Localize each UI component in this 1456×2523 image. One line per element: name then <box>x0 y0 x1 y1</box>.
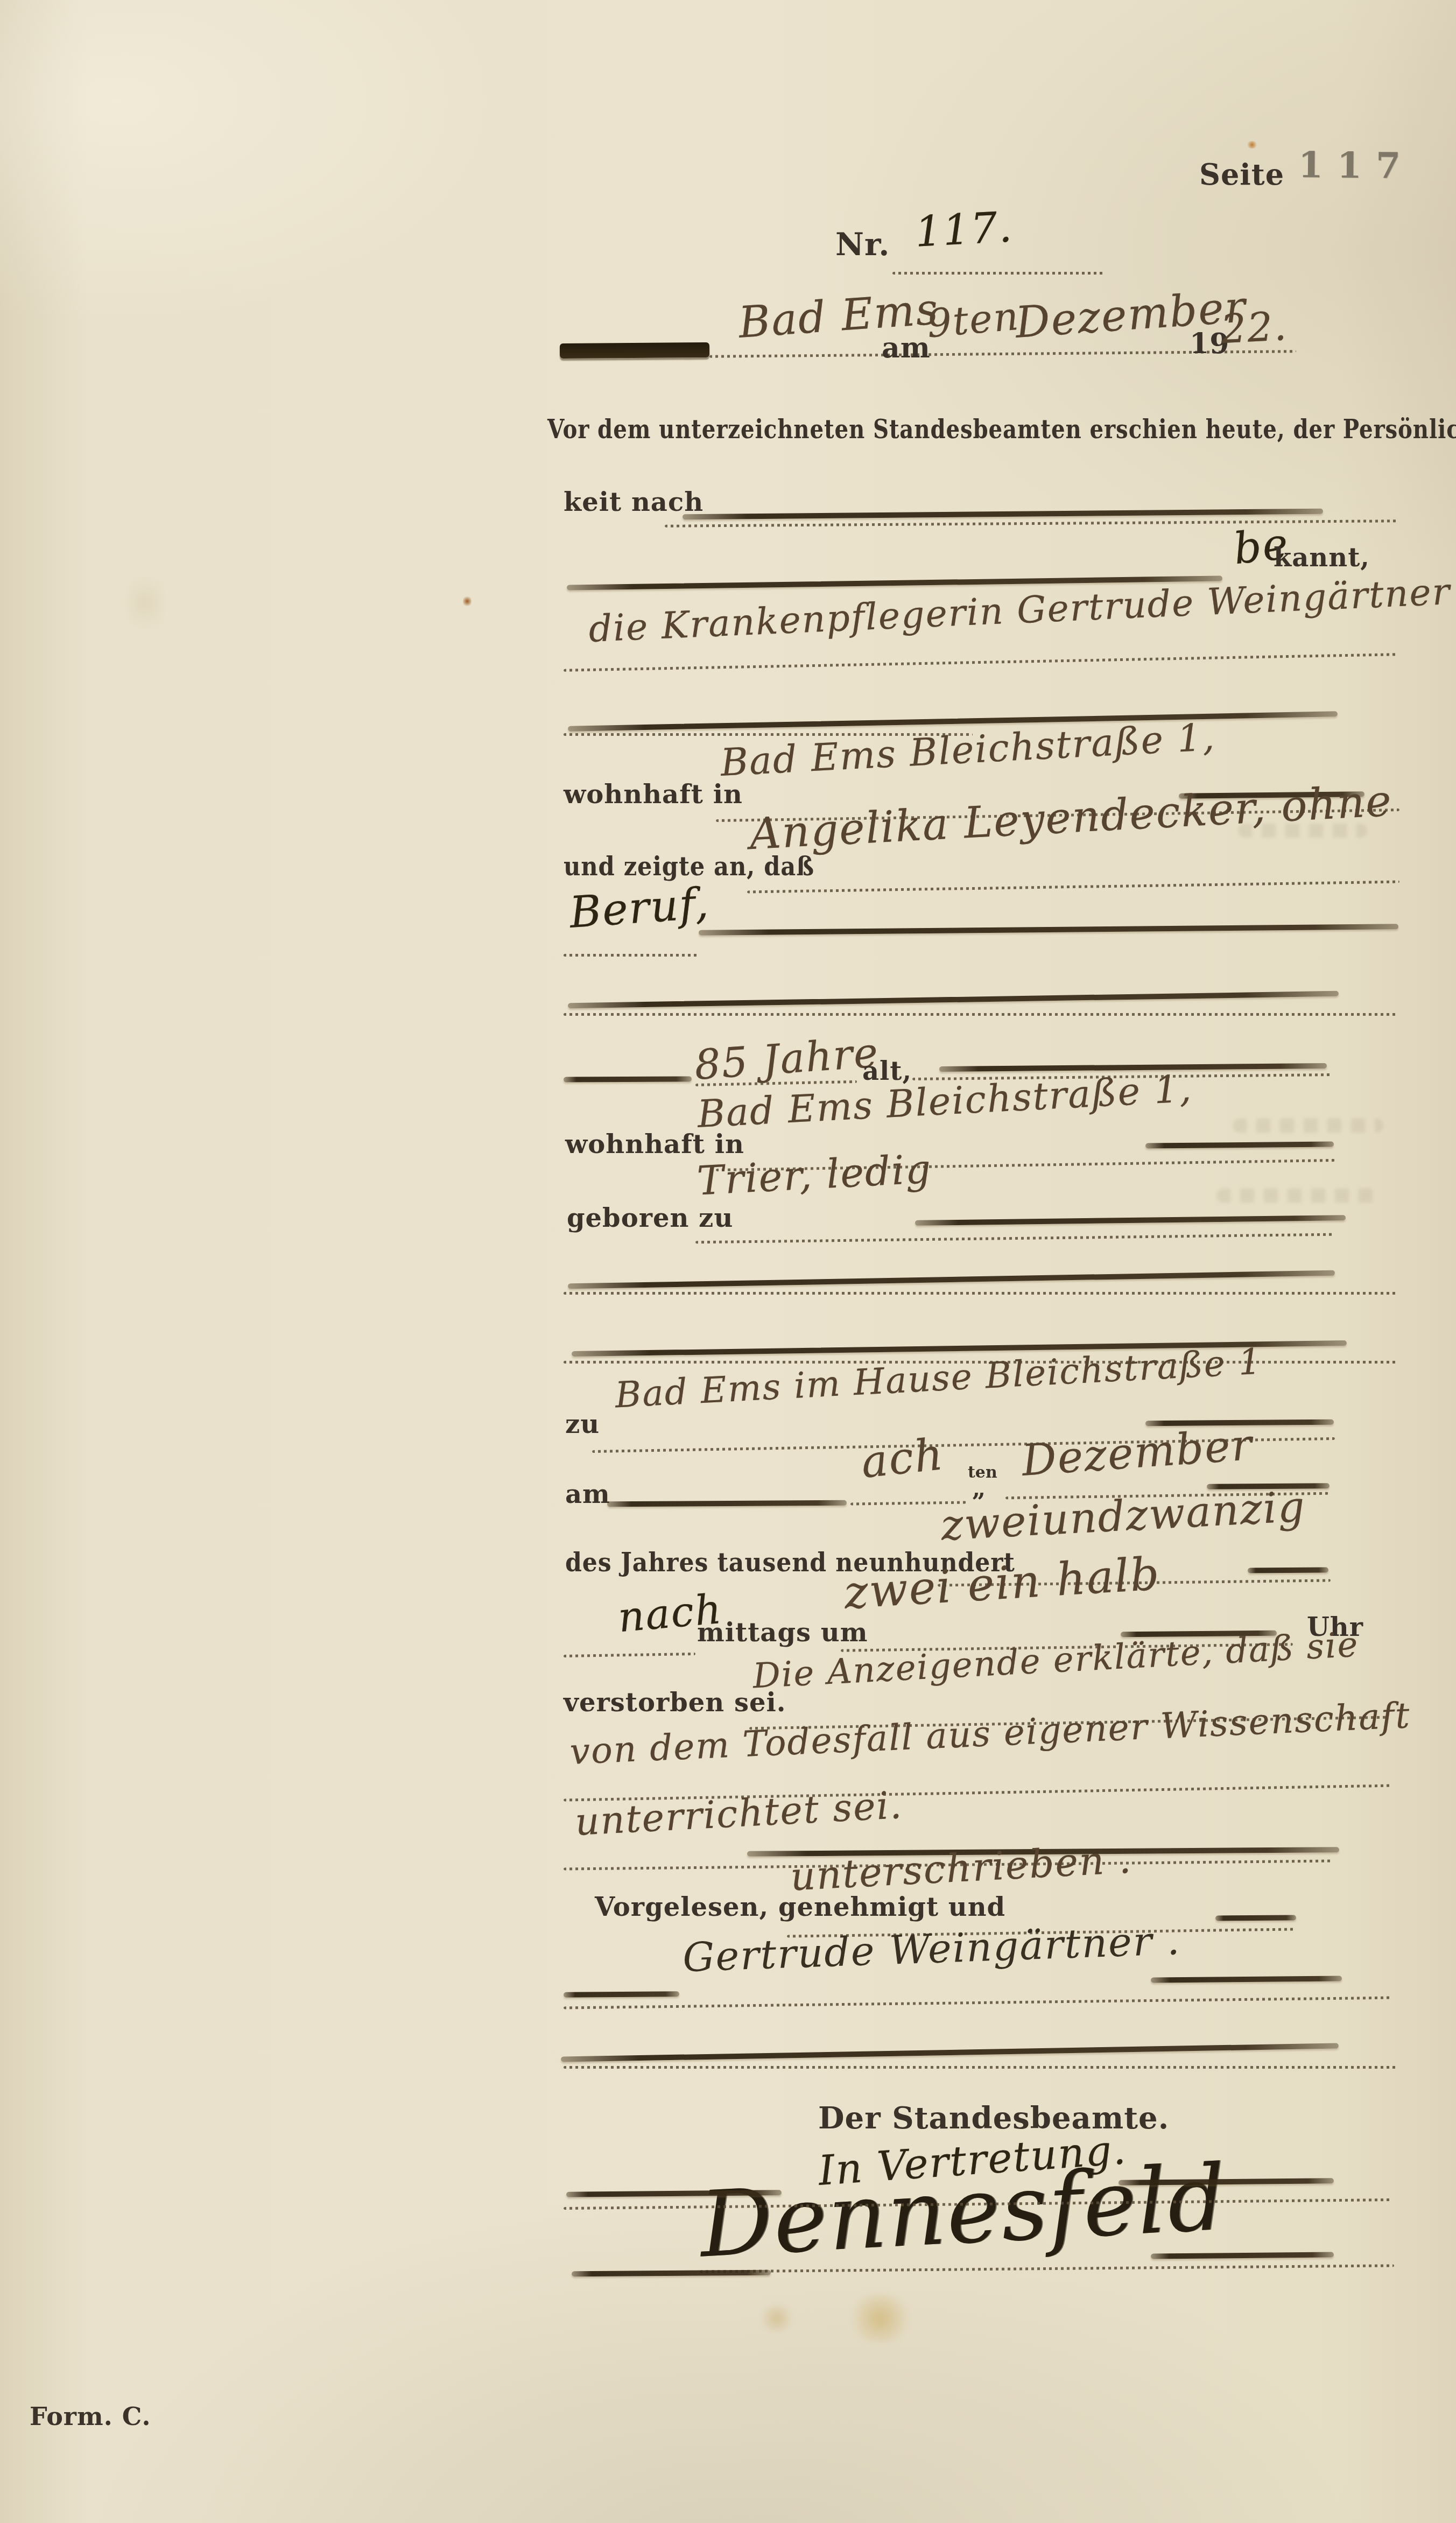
dotted-rule <box>564 1653 695 1657</box>
dotted-rule <box>747 880 1399 893</box>
ink-line <box>607 1500 847 1507</box>
birth-label: geboren zu <box>567 1203 733 1233</box>
known-printed: kannt, <box>1274 543 1370 573</box>
nr-label: Nr. <box>835 226 890 263</box>
dotted-rule <box>892 272 1105 275</box>
nr-value-handwritten: 117. <box>914 203 1014 256</box>
dotted-rule <box>695 1233 1333 1243</box>
death-day-handwritten: ach <box>859 1429 946 1488</box>
paper-stain <box>129 571 161 635</box>
notice-value-handwritten: Angelika Leyendecker, ohne <box>748 776 1393 859</box>
statement-line3-handwritten: unterrichtet sei. <box>574 1783 904 1844</box>
date-am-label: am <box>882 332 931 364</box>
dotted-rule <box>564 2066 1398 2069</box>
death-date-ditto-mark: „ <box>972 1481 986 1496</box>
registrar-signature-handwritten: Dennesfeld <box>698 2145 1229 2278</box>
bleed-through-text <box>1233 1119 1383 1133</box>
ink-line <box>1145 1141 1334 1148</box>
death-date-am-label: am <box>565 1479 610 1509</box>
date-year-handwritten: 22. <box>1220 303 1289 353</box>
ink-line <box>1151 1976 1342 1983</box>
death-month-handwritten: Dezember <box>1020 1419 1254 1486</box>
ink-line <box>915 1215 1346 1226</box>
intro-line2: keit nach <box>564 487 704 517</box>
age-value-handwritten: 85 Jahre <box>693 1028 880 1089</box>
residence1-label: wohnhaft in <box>564 779 743 810</box>
notice-value2-handwritten: Beruf, <box>568 878 711 938</box>
ink-line <box>564 1076 692 1082</box>
dotted-rule <box>564 1013 1398 1016</box>
ink-line <box>1248 1567 1328 1573</box>
dotted-rule <box>564 653 1398 672</box>
ink-line <box>1119 2178 1334 2185</box>
ink-line <box>1151 2252 1334 2259</box>
death-register-page: Seite 117 Nr. 117. Bad Ems am 9ten Dezem… <box>0 0 1456 2523</box>
form-label: Form. C. <box>30 2402 151 2431</box>
paper-stain <box>463 595 472 607</box>
declarant-signature-handwritten: Gertrude Weingärtner . <box>682 1917 1181 1981</box>
dotted-rule <box>564 954 698 957</box>
ink-line <box>683 509 1323 519</box>
seite-label: Seite <box>1199 157 1284 192</box>
statement-label: verstorben sei. <box>564 1688 786 1718</box>
page-number-stamp: 117 <box>1298 144 1415 187</box>
ink-line <box>699 924 1398 935</box>
closing-value-handwritten: unterschrieben . <box>789 1836 1133 1899</box>
bleed-through-text <box>1238 824 1367 838</box>
ink-line <box>564 1991 679 1998</box>
dotted-rule <box>564 1292 1398 1295</box>
ink-line <box>561 2043 1339 2062</box>
paper-stain <box>845 2294 915 2343</box>
date-day-handwritten: 9ten <box>925 293 1021 347</box>
ink-line <box>568 1270 1335 1289</box>
intro-line1: Vor dem unterzeichneten Standesbeamten e… <box>547 414 1456 445</box>
death-time-label: mittags um <box>697 1618 868 1648</box>
death-place-label: zu <box>565 1409 600 1439</box>
ink-line <box>1215 1915 1296 1921</box>
death-year-value-handwritten: zweiundzwanzig <box>940 1482 1307 1550</box>
paper-stain <box>1246 141 1258 149</box>
ink-blot <box>560 342 709 359</box>
ink-line <box>568 991 1339 1008</box>
bleed-through-text <box>1216 1189 1378 1203</box>
dotted-rule <box>564 1997 1392 2009</box>
paper-stain <box>758 2305 796 2332</box>
